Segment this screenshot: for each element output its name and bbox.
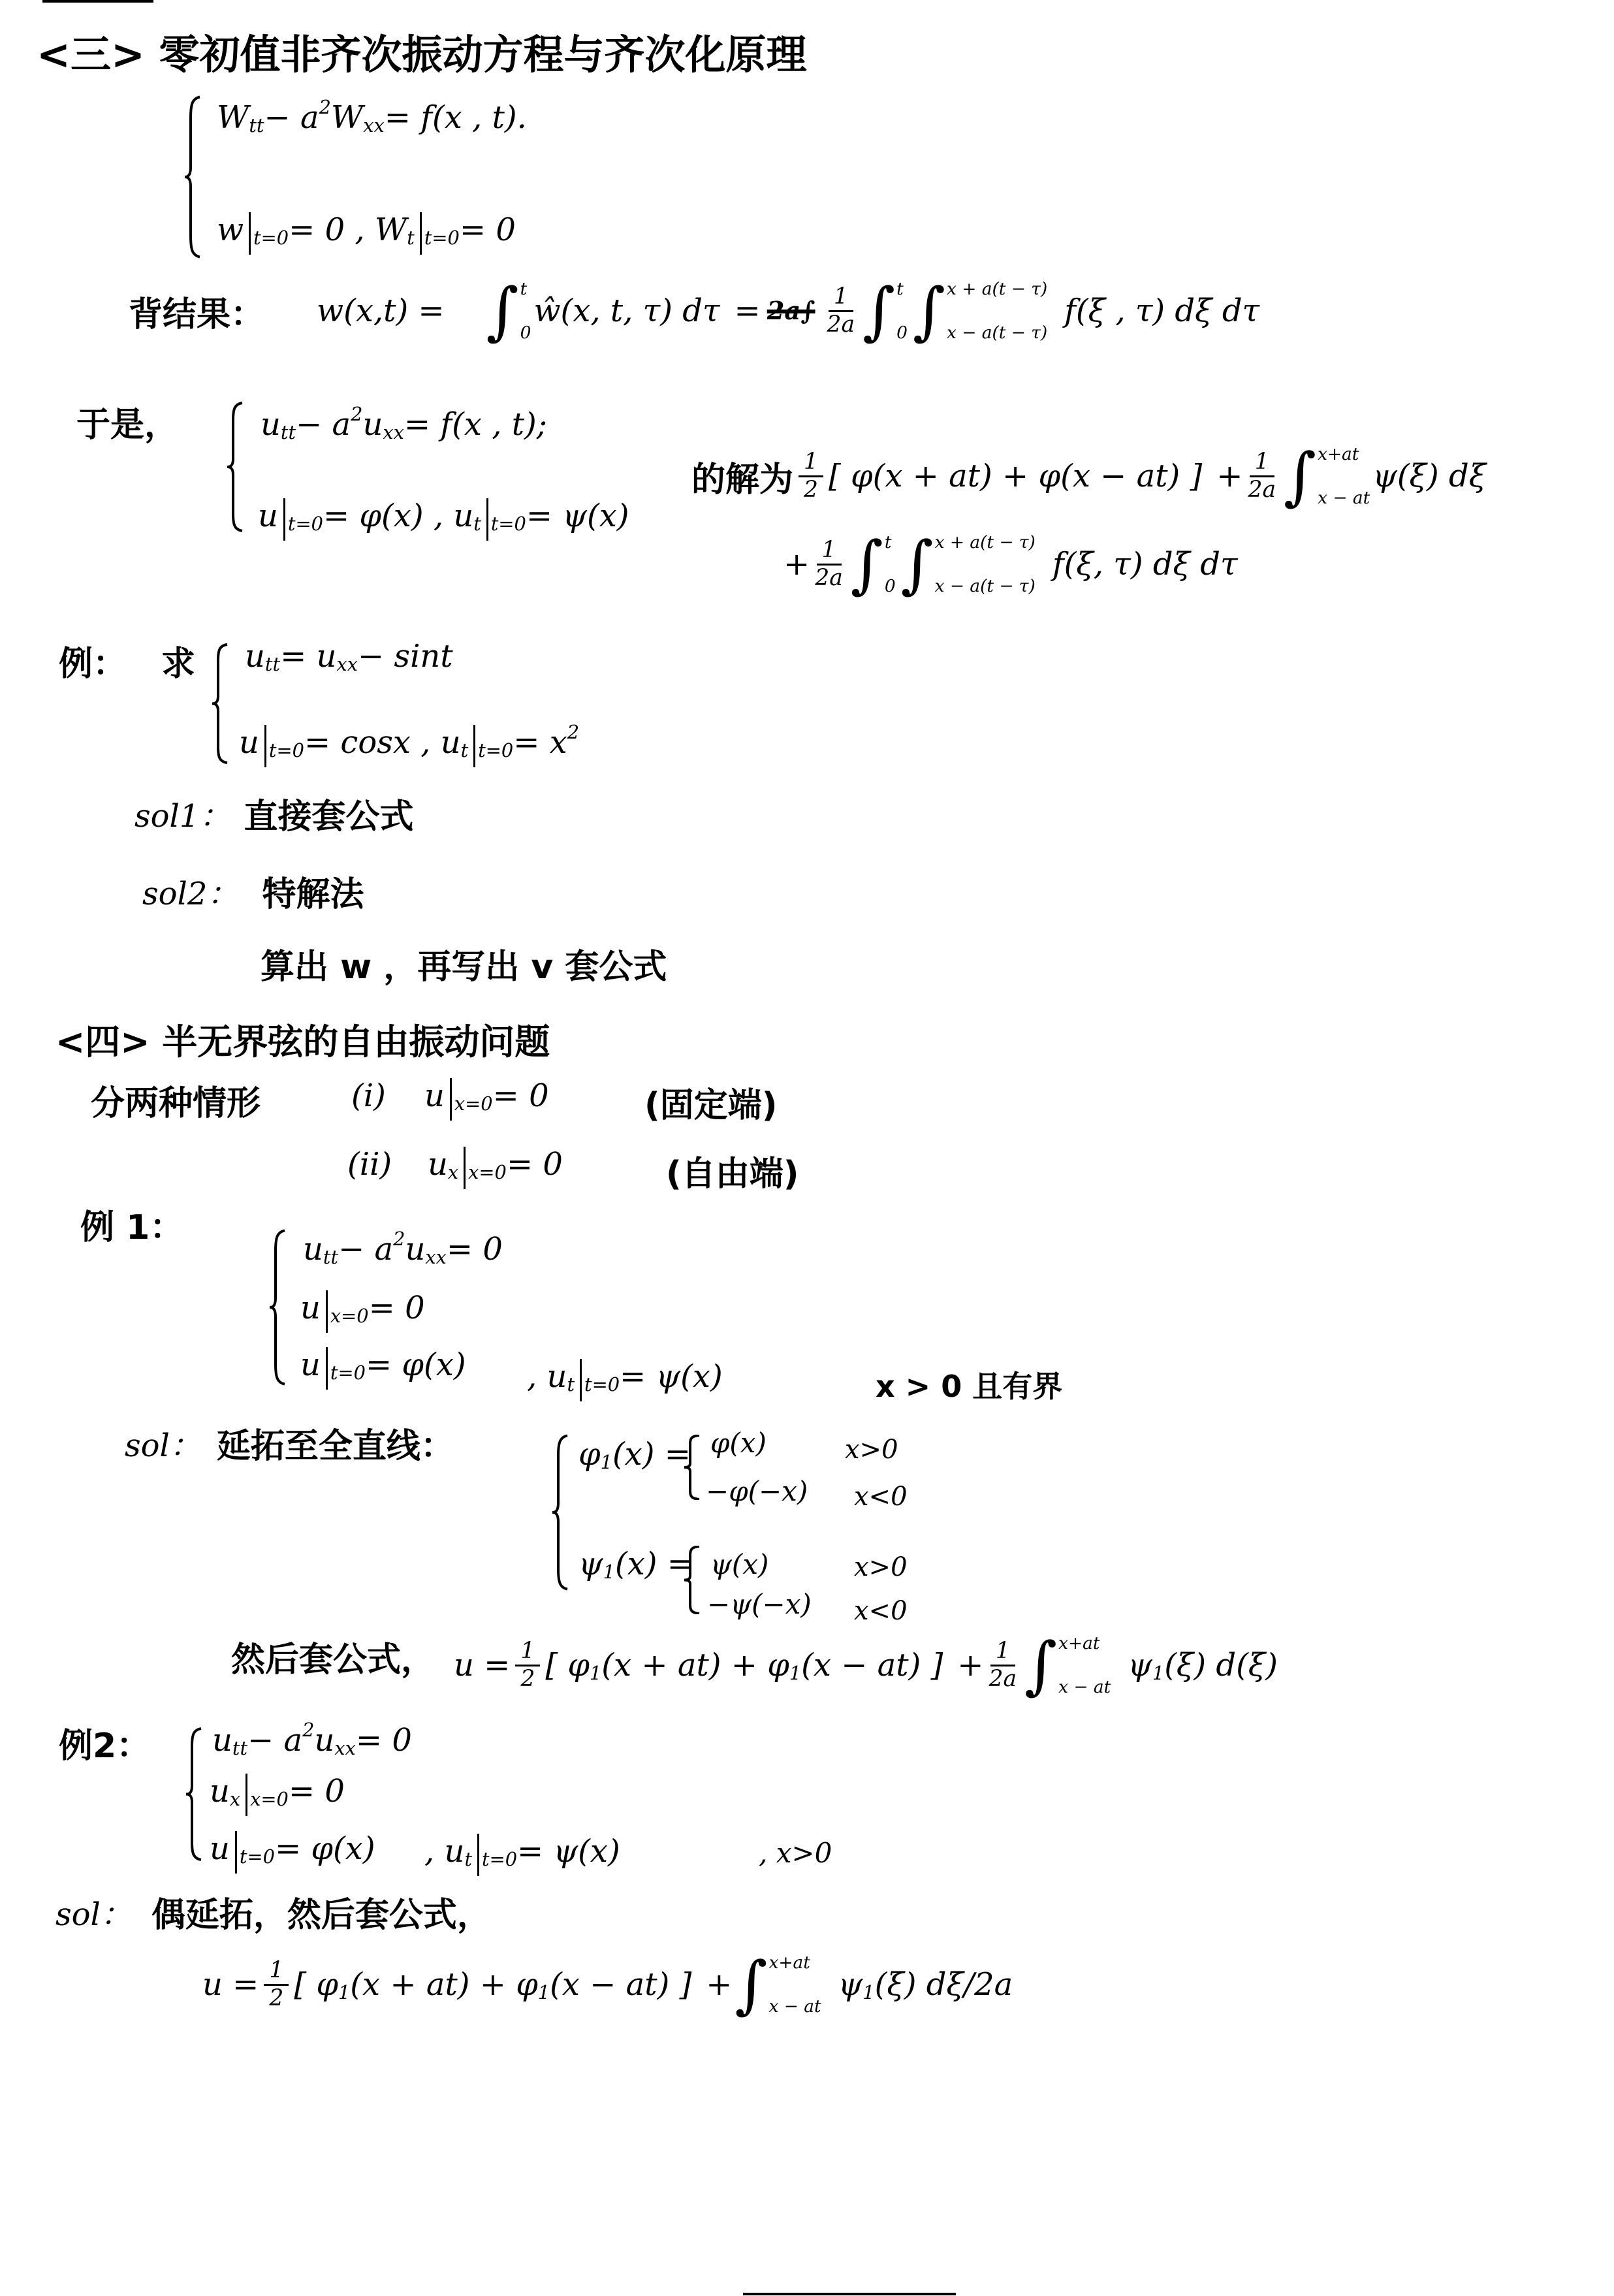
superscript: 2 [302, 1719, 314, 1741]
math-token: = ψ(x) [526, 498, 629, 534]
math-token: + [706, 1966, 732, 2003]
math-token: = x [513, 724, 567, 761]
evaluation-bar [580, 1359, 582, 1401]
math-token: (ξ) d(ξ) [1164, 1647, 1278, 1683]
evaluation-bar [473, 725, 475, 767]
denominator: 2 [269, 1986, 283, 2012]
subscript: t=0 [584, 1373, 620, 1395]
lower-limit: 0 [896, 323, 908, 343]
subscript: t=0 [253, 227, 289, 249]
math-token: = ψ(x) [620, 1358, 723, 1395]
case2-equation: u x x=0 = 0 [428, 1125, 563, 1204]
denominator: 2 [804, 477, 818, 503]
evaluation-bar [264, 725, 266, 767]
math-token: u [363, 406, 383, 443]
evaluation-bar [486, 498, 488, 541]
case2-number: (ii) [347, 1125, 392, 1204]
system1-equation2: w t=0 = 0 , W t t=0 = 0 [217, 191, 516, 269]
upper-limit: x+at [1318, 444, 1370, 464]
math-token: = u [280, 638, 336, 675]
upper-limit: t [520, 279, 531, 299]
math-token: − a [296, 406, 351, 443]
subscript: t=0 [330, 1362, 366, 1384]
math-token: W [217, 99, 249, 136]
fraction: 1 2a [827, 284, 855, 338]
fraction-half: 1 2 [264, 1958, 289, 2011]
math-token: = f(x , t); [404, 406, 547, 443]
math-token: = 0 [507, 1146, 563, 1183]
solution-text: 延拓至全直线： [217, 1418, 454, 1467]
numerator: 1 [817, 537, 842, 566]
psi1-definition-lhs: ψ 1 (x) = [578, 1525, 693, 1603]
lower-limit: 0 [885, 576, 896, 596]
solution-label: sol： [125, 1420, 201, 1465]
math-token: u = [454, 1647, 510, 1683]
fraction: 1 2a [815, 537, 843, 591]
lower-limit: x − at [1318, 488, 1370, 508]
piecewise-condition: x<0 [854, 1482, 908, 1512]
evaluation-bar [283, 498, 285, 541]
subscript: x=0 [330, 1305, 369, 1327]
example1-condition: x > 0 且有界 [876, 1345, 1062, 1424]
subscript: tt [265, 653, 280, 675]
evaluation-bar [249, 212, 251, 255]
then-apply-label: 然后套公式， [231, 1632, 435, 1681]
subscript: tt [249, 114, 264, 136]
math-token: W [331, 99, 363, 136]
subscript: t [567, 1373, 575, 1395]
solution-line2: + 1 2a ∫ t0 ∫ x + a(t − τ)x − a(t − τ) f… [783, 525, 1238, 603]
evaluation-bar [420, 212, 422, 255]
math-token: u [428, 1146, 448, 1183]
fraction-half: 1 2 [799, 449, 823, 503]
solution-label: sol： [55, 1889, 132, 1934]
integral: ∫ t0 [851, 532, 896, 596]
superscript: 2 [351, 403, 362, 425]
superscript: 2 [393, 1228, 405, 1250]
piecewise-value: −ψ(−x) [707, 1588, 812, 1620]
math-token: u [210, 1830, 230, 1867]
math-token: [ φ [545, 1647, 590, 1683]
math-token: = 0 , W [289, 212, 407, 248]
math-token: = φ(x) [275, 1830, 375, 1867]
math-token: u [300, 1347, 321, 1383]
phi1-definition-lhs: φ 1 (x) = [578, 1415, 691, 1493]
subscript: x [230, 1788, 240, 1810]
condition-text: , x>0 [759, 1837, 832, 1869]
math-token: u [303, 1231, 323, 1268]
math-token: (x) = [612, 1436, 691, 1473]
math-token: u = [202, 1966, 259, 2003]
denominator: 2a [827, 312, 855, 338]
integral-sign: ∫ [862, 279, 895, 342]
integral: ∫ t0 [862, 279, 908, 343]
evaluation-bar [235, 1831, 237, 1873]
math-token: u [261, 406, 281, 443]
numerator: 1 [799, 449, 823, 477]
lower-limit: x − a(t − τ) [935, 576, 1036, 596]
math-token: − sint [358, 638, 453, 675]
subscript: x=0 [468, 1161, 507, 1183]
scan-edge-line-bottom [743, 2293, 956, 2295]
example1-label: 例 1： [80, 1200, 183, 1249]
math-token: = 0 [493, 1077, 549, 1114]
math-token: φ [578, 1436, 601, 1473]
denominator: 2a [1248, 477, 1276, 503]
integral: ∫ x + a(t − τ)x − a(t − τ) [913, 279, 1047, 343]
solution2-text: 特解法 [262, 867, 364, 916]
subscript: t [461, 739, 469, 761]
condition-text: x > 0 且有界 [876, 1363, 1062, 1406]
subscript: tt [281, 421, 296, 443]
numerator: 1 [264, 1958, 289, 1986]
subscript: t=0 [491, 513, 526, 535]
solution1-text: 直接套公式 [244, 789, 413, 838]
solution2-line: sol2： 特解法 [142, 852, 364, 930]
subscript: 1 [789, 1662, 801, 1684]
denominator: 2a [815, 566, 843, 592]
subscript: x=0 [454, 1092, 493, 1115]
subscript: 1 [338, 1981, 350, 2003]
fraction: 1 2a [1248, 449, 1276, 503]
math-token: + [957, 1647, 983, 1683]
math-token: w(x,t) = [317, 293, 445, 329]
superscript: 2 [567, 721, 579, 743]
example-equation2: u t=0 = cosx , u t t=0 = x 2 [239, 703, 579, 782]
solution-text: 偶延拓，然后套公式， [151, 1887, 491, 1936]
math-token: (x) = [615, 1546, 693, 1582]
lower-limit: x − at [769, 1996, 821, 2017]
denominator: 2a [989, 1666, 1017, 1693]
piecewise-condition: x<0 [854, 1596, 908, 1626]
brace-icon [183, 95, 202, 259]
numerator: 1 [515, 1638, 540, 1666]
math-token: = f(x , t). [385, 99, 527, 136]
math-token: /2a [964, 1966, 1013, 2003]
math-token: u [258, 498, 278, 534]
integral: ∫ x+atx − at [735, 1953, 821, 2017]
math-token: = 0 [460, 212, 516, 248]
math-token: f(ξ , τ) dξ dτ [1064, 293, 1259, 329]
solution2-detail: 算出 w ，再写出 v 套公式 [261, 939, 667, 988]
math-token: = cosx , u [304, 724, 461, 761]
phi1-case2-value: −φ(−x) [706, 1452, 808, 1530]
case2-note: (自由端) [666, 1146, 799, 1195]
subscript: 1 [590, 1662, 601, 1684]
math-token: u [245, 638, 265, 675]
case-number: (i) [351, 1077, 386, 1114]
evaluation-bar [477, 1834, 479, 1876]
upper-limit: x+at [769, 1953, 821, 1973]
subscript: 1 [1152, 1662, 1164, 1684]
example2-condition: , x>0 [759, 1813, 832, 1892]
fraction: 1 2a [989, 1638, 1017, 1692]
brace-icon [184, 1727, 204, 1861]
denominator: 2 [520, 1666, 535, 1693]
example-label: 例： [59, 636, 127, 685]
math-token: = 0 [356, 1722, 412, 1759]
subscript: 1 [862, 1981, 874, 2003]
subscript: 1 [601, 1451, 612, 1473]
case1-note: (固定端) [644, 1077, 778, 1126]
subscript: xx [363, 114, 384, 136]
upper-limit: x + a(t − τ) [935, 532, 1036, 552]
math-token: ψ(ξ) dξ [1372, 458, 1486, 494]
integral-sign: ∫ [1024, 1634, 1057, 1697]
case1-number: (i) [351, 1057, 386, 1135]
example-equation1: u tt = u xx − sint [245, 617, 453, 695]
numerator: 1 [990, 1638, 1015, 1666]
integral-sign: ∫ [913, 279, 945, 342]
evaluation-bar [464, 1147, 466, 1189]
math-token: u [210, 1773, 230, 1810]
thus-equation2: u t=0 = φ(x) , u t t=0 = ψ(x) [258, 477, 629, 555]
subscript: 1 [603, 1561, 615, 1583]
integral-sign: ∫ [735, 1953, 768, 2016]
math-token: − a [338, 1231, 393, 1268]
solution2-label: sol2： [142, 869, 238, 914]
section-3-heading: <三> 零初值非齐次振动方程与齐次化原理 [37, 22, 806, 80]
example1-solution-line: sol： 延拓至全直线： [125, 1403, 454, 1482]
subscript: x=0 [250, 1788, 289, 1810]
subscript: t=0 [482, 1848, 517, 1870]
math-token: ψ [1128, 1647, 1152, 1683]
math-token: (x + at) + φ [601, 1647, 789, 1683]
upper-limit: x+at [1058, 1633, 1111, 1653]
math-token: = 0 [447, 1231, 503, 1268]
math-token: = φ(x) [366, 1347, 466, 1383]
brace-icon [682, 1435, 702, 1500]
numerator: 1 [1250, 449, 1274, 477]
math-token: ψ [578, 1546, 603, 1582]
example2-final-formula: u = 1 2 [ φ 1 (x + at) + φ 1 (x − at) ] … [202, 1945, 1013, 2024]
numerator: 1 [829, 284, 853, 312]
lower-limit: 0 [520, 323, 531, 343]
example2-solution-line: sol： 偶延拓，然后套公式， [55, 1872, 491, 1951]
math-token: = φ(x) , u [323, 498, 473, 534]
evaluation-bar [326, 1347, 328, 1390]
subscript: t=0 [288, 513, 323, 535]
math-token: + [783, 546, 810, 582]
integral-sign: ∫ [901, 533, 934, 596]
example2-label: 例2： [59, 1718, 150, 1767]
math-token: + [1216, 458, 1242, 494]
integral-sign: ∫ [486, 279, 519, 342]
math-token: (x − at) ] [801, 1647, 943, 1683]
subscript: t=0 [424, 227, 460, 249]
math-token: u [239, 724, 259, 761]
evaluation-bar [450, 1078, 452, 1121]
recall-label: 背结果： [129, 287, 264, 336]
case-number: (ii) [347, 1146, 392, 1183]
brace-icon [682, 1546, 702, 1614]
superscript: 2 [319, 96, 331, 118]
math-token: u [300, 1290, 321, 1326]
math-token: = 0 [369, 1290, 425, 1326]
subscript: xx [336, 653, 357, 675]
subscript: t [464, 1848, 472, 1870]
subscript: t=0 [478, 739, 513, 761]
lower-limit: x − a(t − τ) [947, 323, 1047, 343]
integral: ∫ x+atx − at [1024, 1633, 1111, 1697]
math-token: , u [424, 1833, 464, 1870]
math-token: − a [264, 99, 319, 136]
math-token: (x − at) ] [550, 1966, 691, 2003]
integral-sign: ∫ [851, 533, 883, 596]
thus-label: 于是， [76, 397, 178, 446]
subscript: x [448, 1161, 458, 1183]
scan-edge-line-top [42, 0, 153, 3]
subscript: xx [425, 1246, 446, 1268]
math-token: (ξ) dξ [875, 1966, 964, 2003]
subscript: 1 [538, 1981, 550, 2003]
subscript: t [407, 227, 415, 249]
math-token: = 0 [289, 1773, 345, 1810]
brace-icon [225, 402, 245, 532]
fraction-half: 1 2 [515, 1638, 540, 1692]
subscript: tt [323, 1246, 338, 1268]
upper-limit: x + a(t − τ) [947, 279, 1047, 299]
brace-icon [550, 1434, 570, 1591]
math-token: [ φ(x + at) + φ(x − at) ] [829, 458, 1202, 494]
solution-intro: 的解为 [691, 452, 793, 501]
brace-icon [268, 1229, 287, 1386]
phi1-case2-condition: x<0 [854, 1458, 908, 1536]
example-ask: 求 [161, 636, 195, 685]
solution-line1: 的解为 1 2 [ φ(x + at) + φ(x − at) ] + 1 2a… [691, 437, 1486, 515]
piecewise-value: −φ(−x) [706, 1475, 808, 1507]
math-token: = [735, 293, 761, 329]
crossed-out-text: 2a∫ [767, 296, 815, 326]
solution1-line: sol1： 直接套公式 [134, 774, 413, 852]
math-token: [ φ [294, 1966, 338, 2003]
brace-icon [210, 643, 230, 764]
upper-limit: t [885, 532, 896, 552]
cases-label: 分两种情形 [91, 1076, 261, 1124]
integral: ∫ x + a(t − τ)x − a(t − τ) [901, 532, 1036, 596]
math-token: = ψ(x) [517, 1833, 620, 1870]
math-token: f(ξ, τ) dξ dτ [1052, 546, 1238, 582]
math-token: ŵ(x, t, τ) dτ [533, 293, 720, 329]
example1-equation3: u t=0 = φ(x) [300, 1326, 466, 1404]
integral-sign: ∫ [1284, 445, 1316, 507]
system1-equation1: W tt − a 2 W xx = f(x , t). [217, 78, 527, 157]
example1-final-formula: u = 1 2 [ φ 1 (x + at) + φ 1 (x − at) ] … [454, 1626, 1278, 1704]
subscript: t [473, 513, 481, 535]
math-token: , u [527, 1358, 567, 1395]
subscript: t=0 [269, 739, 304, 761]
integral: ∫ t0 [486, 279, 531, 343]
subscript: t=0 [240, 1845, 275, 1868]
math-token: (x + at) + φ [350, 1966, 538, 2003]
math-token: u [424, 1077, 445, 1114]
math-token: ψ [838, 1966, 863, 2003]
math-token: w [217, 212, 244, 248]
math-token: u [405, 1231, 426, 1268]
example1-equation3b: , u t t=0 = ψ(x) [527, 1337, 723, 1416]
upper-limit: t [896, 279, 908, 299]
thus-equation1: u tt − a 2 u xx = f(x , t); [261, 385, 547, 464]
lower-limit: x − at [1058, 1677, 1111, 1697]
integral: ∫ x+atx − at [1284, 444, 1370, 508]
case1-equation: u x=0 = 0 [424, 1057, 549, 1135]
subscript: xx [383, 421, 403, 443]
recall-result-line: 背结果： w(x,t) = ∫ t0 ŵ(x, t, τ) dτ = 2a∫ 1… [129, 272, 1259, 350]
solution1-label: sol1： [134, 791, 230, 836]
